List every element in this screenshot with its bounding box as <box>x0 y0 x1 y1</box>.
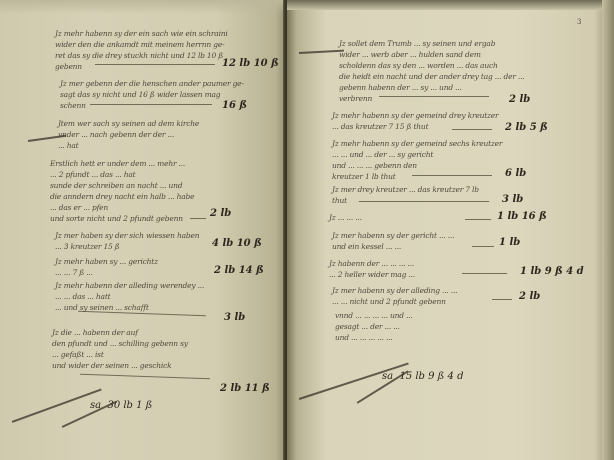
entry-line: schenn <box>60 100 244 111</box>
ledger-entry: Jtem wer sach sy seinen ad dem kirche vn… <box>58 118 199 151</box>
entry-line: Jz mehr habenn sy der gemeind drey kreut… <box>332 110 498 121</box>
entry-line: gesagt ... der ... ... <box>335 321 413 332</box>
pen-flourish <box>12 389 102 423</box>
ledger-entry: Jz mer haben sy der sich wiessen haben .… <box>55 230 199 252</box>
entry-line: den pfundt und ... schilling gebenn sy <box>52 338 188 349</box>
total-label: sa <box>382 371 393 382</box>
entry-line: ... 3 kreutzer 15 ß <box>55 241 199 252</box>
ruled-line <box>462 273 507 274</box>
entry-line: ... 2 pfundt ... das ... hat <box>50 169 194 180</box>
ledger-entry: Jz mehr haben sy ... gerichtz ... ... 7 … <box>55 256 158 278</box>
entry-line: Jz habenn der ... ... ... ... <box>329 258 415 269</box>
entry-amount: 1 lb 9 ß 4 d <box>520 266 584 277</box>
ledger-entry: Jz ... ... ... <box>329 212 362 223</box>
ruled-line <box>190 218 206 219</box>
entry-line: und sorte nicht und 2 pfundt gebenn <box>50 213 194 224</box>
entry-line: ... ... und ... der ... sy gericht <box>332 149 502 160</box>
entry-line: Erstlich hett er under dem ... mehr ... <box>50 158 194 169</box>
ruled-line <box>492 299 512 300</box>
entry-line: Jz mehr habenn der alleding werendey ... <box>55 280 204 291</box>
entry-line: Jz mer drey kreutzer ... das kreutzer 7 … <box>332 184 479 195</box>
ledger-entry: Jz mehr habenn der alleding werendey ...… <box>55 280 204 313</box>
ruled-line <box>412 175 492 176</box>
entry-line: sagt das sy nicht und 16 ß wider lassen … <box>60 89 244 100</box>
entry-line: und ... ... ... gebenn den <box>332 160 502 171</box>
entry-amount: 4 lb 10 ß <box>212 238 262 249</box>
open-book: Jz mehr habenn sy der ein sach wie ein s… <box>0 0 614 460</box>
ruled-line <box>379 96 489 97</box>
entry-line: ... ... nicht und 2 pfundt gebenn <box>332 296 457 307</box>
pen-flourish <box>299 50 344 54</box>
ledger-entry: Jz sollet dem Trumb ... sy seinen und er… <box>339 38 524 104</box>
entry-line: ... das er ... pfen <box>50 202 194 213</box>
ledger-entry: Jz die ... habenn der auf den pfundt und… <box>52 327 188 371</box>
entry-line: gebenn <box>55 61 228 72</box>
total-value: 30 lb 1 ß <box>107 400 152 411</box>
entry-line: gebenn habenn der ... sy ... und ... <box>339 82 524 93</box>
entry-line: und ein kessel ... ... <box>332 241 454 252</box>
ruled-line <box>452 129 492 130</box>
entry-amount: 2 lb 5 ß <box>505 122 548 133</box>
entry-amount: 6 lb <box>505 168 526 179</box>
entry-line: ... das kreutzer 7 15 ß thut <box>332 121 498 132</box>
entry-line: wider den die ankamdt mit meinem herrnn … <box>55 39 228 50</box>
entry-amount: 2 lb 11 ß <box>220 383 270 394</box>
ruled-line <box>95 64 215 65</box>
entry-amount: 2 lb <box>210 208 231 219</box>
entry-amount: 16 ß <box>222 100 247 111</box>
page-top-shadow <box>0 0 287 14</box>
ruled-line <box>359 201 489 202</box>
total-value: 15 lb 9 ß 4 d <box>399 371 463 382</box>
ledger-entry: Jz mer habenn sy der gericht ... ... und… <box>332 230 454 252</box>
ledger-entry: Jz mehr habenn sy der ein sach wie ein s… <box>55 28 228 72</box>
entry-line: Jz mer habenn sy der gericht ... ... <box>332 230 454 241</box>
entry-line: Jtem wer sach sy seinen ad dem kirche <box>58 118 199 129</box>
total-label: sa <box>90 400 101 411</box>
entry-line: Jz sollet dem Trumb ... sy seinen und er… <box>339 38 524 49</box>
entry-line: scholdenn das sy den ... worden ... das … <box>339 60 524 71</box>
entry-line: Jz mehr habenn sy der ein sach wie ein s… <box>55 28 228 39</box>
ledger-entry: Erstlich hett er under dem ... mehr ... … <box>50 158 194 224</box>
ledger-entry: Jz mer drey kreutzer ... das kreutzer 7 … <box>332 184 479 206</box>
entry-amount: 1 lb 16 ß <box>497 211 547 222</box>
entry-line: Jz mer gebenn der die henschen ander pau… <box>60 78 244 89</box>
ledger-entry: Jz mer gebenn der die henschen ander pau… <box>60 78 244 111</box>
entry-amount: 2 lb 14 ß <box>214 265 264 276</box>
entry-line: kreutzer 1 lb thut <box>332 171 502 182</box>
entry-amount: 12 lb 10 ß <box>222 58 279 69</box>
entry-line: Jz die ... habenn der auf <box>52 327 188 338</box>
entry-amount: 1 lb <box>499 237 520 248</box>
entry-line: Jz ... ... ... <box>329 212 362 223</box>
entry-line: und ... ... ... ... ... <box>335 332 413 343</box>
ruled-line <box>465 219 491 220</box>
entry-line: ... gefaßt ... ist <box>52 349 188 360</box>
entry-line: Jz mer haben sy der sich wiessen haben <box>55 230 199 241</box>
ruled-line <box>472 246 494 247</box>
entry-line: ... ... 7 ß ... <box>55 267 158 278</box>
page-fore-edge <box>602 0 614 460</box>
entry-line: verbrenn <box>339 93 524 104</box>
ledger-entry: Jz mer habenn sy der alleding ... ... ..… <box>332 285 457 307</box>
entry-amount: 3 lb <box>224 312 245 323</box>
left-page: Jz mehr habenn sy der ein sach wie ein s… <box>0 0 287 460</box>
entry-line: wider ... werb aber ... hulden sand dem <box>339 49 524 60</box>
entry-line: sunde der schreiben an nacht ... und <box>50 180 194 191</box>
entry-line: die heidt ein nacht und der ander drey t… <box>339 71 524 82</box>
entry-line: ... hat <box>58 140 199 151</box>
entry-line: die anndern drey nacht ein halb ... habe <box>50 191 194 202</box>
entry-line: ... ... das ... hatt <box>55 291 204 302</box>
entry-line: ... 2 heller wider mag ... <box>329 269 415 280</box>
page-top-edge <box>287 0 614 10</box>
entry-line: und wider der seinen ... geschick <box>52 360 188 371</box>
entry-line: ret das sy die drey stuckh nicht und 12 … <box>55 50 228 61</box>
entry-amount: 3 lb <box>502 194 523 205</box>
entry-line: Jz mehr habenn sy der gemeind sechs kreu… <box>332 138 502 149</box>
page-total: sa 15 lb 9 ß 4 d <box>382 371 463 382</box>
ruled-line <box>90 104 212 105</box>
entry-line: Jz mehr haben sy ... gerichtz <box>55 256 158 267</box>
right-page: 3 Jz sollet dem Trumb ... sy seinen und … <box>287 0 614 460</box>
ledger-entry: Jz habenn der ... ... ... ... ... 2 hell… <box>329 258 415 280</box>
entry-amount: 2 lb <box>509 94 530 105</box>
entry-line: Jz mer habenn sy der alleding ... ... <box>332 285 457 296</box>
ruled-line <box>80 374 210 380</box>
entry-line: vnnd ... ... ... ... und ... <box>335 310 413 321</box>
entry-amount: 2 lb <box>519 291 540 302</box>
page-total: sa 30 lb 1 ß <box>90 400 152 411</box>
ledger-entry: vnnd ... ... ... ... und ... gesagt ... … <box>335 310 413 343</box>
entry-line: vnder ... nach gebenn der der ... <box>58 129 199 140</box>
folio-number: 3 <box>577 18 581 26</box>
